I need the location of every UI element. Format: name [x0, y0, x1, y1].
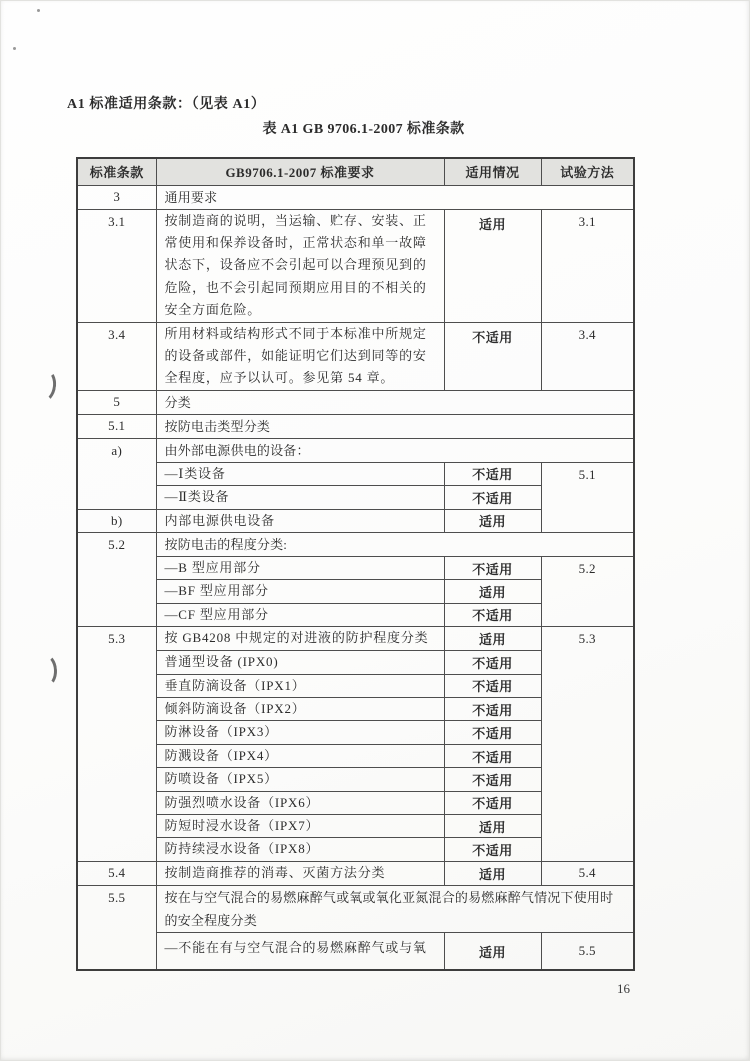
cell-requirement: 普通型设备 (IPX0): [156, 651, 444, 674]
cell-clause: 5.1: [77, 414, 156, 438]
cell-clause: 5.2: [77, 532, 156, 626]
cell-requirement-span: 通用要求: [156, 185, 634, 209]
table-row: 5.5按在与空气混合的易燃麻醉气或氧或氧化亚氮混合的易燃麻醉气情况下使用时 的安…: [77, 885, 634, 932]
cell-requirement-span: 按在与空气混合的易燃麻醉气或氧或氧化亚氮混合的易燃麻醉气情况下使用时 的安全程度…: [156, 885, 634, 932]
table-row: 3.1按制造商的说明，当运输、贮存、安装、正 常使用和保养设备时，正常状态和单一…: [77, 209, 634, 322]
cell-method: 3.1: [541, 209, 634, 322]
cell-status: 不适用: [444, 768, 541, 791]
cell-status: 适用: [444, 627, 541, 651]
column-header-clause: 标准条款: [77, 158, 156, 185]
scan-crescent-mark: [31, 368, 58, 404]
cell-status: 不适用: [444, 791, 541, 814]
cell-requirement: 防喷设备（IPX5）: [156, 768, 444, 791]
cell-method: 5.1: [541, 462, 634, 532]
page-number: 16: [617, 981, 630, 997]
table-row: 3.4所用材料或结构形式不同于本标准中所规定 的设备或部件，如能证明它们达到同等…: [77, 322, 634, 390]
column-header-method: 试验方法: [541, 158, 634, 185]
cell-clause: a): [77, 438, 156, 509]
cell-method: 5.5: [541, 932, 634, 970]
cell-clause: 5.3: [77, 627, 156, 862]
cell-method: 3.4: [541, 322, 634, 390]
table-body: 3通用要求3.1按制造商的说明，当运输、贮存、安装、正 常使用和保养设备时，正常…: [77, 185, 634, 970]
cell-status: 不适用: [444, 651, 541, 674]
cell-requirement: —B 型应用部分: [156, 556, 444, 579]
cell-clause: 3: [77, 185, 156, 209]
cell-status: 适用: [444, 815, 541, 838]
table-row: 5分类: [77, 390, 634, 414]
cell-requirement: 倾斜防滴设备（IPX2）: [156, 698, 444, 721]
standard-clauses-table: 标准条款 GB9706.1-2007 标准要求 适用情况 试验方法 3通用要求3…: [76, 157, 635, 971]
column-header-requirement: GB9706.1-2007 标准要求: [156, 158, 444, 185]
cell-requirement-span: 分类: [156, 390, 634, 414]
section-heading: A1 标准适用条款：（见表 A1）: [67, 93, 265, 113]
table-row: 5.4按制造商推荐的消毒、灭菌方法分类适用5.4: [77, 861, 634, 885]
cell-status: 不适用: [444, 556, 541, 579]
table-row: —B 型应用部分不适用5.2: [77, 556, 634, 579]
cell-status: 不适用: [444, 674, 541, 697]
column-header-status: 适用情况: [444, 158, 541, 185]
cell-clause: 5.5: [77, 885, 156, 970]
cell-requirement: 内部电源供电设备: [156, 509, 444, 532]
cell-requirement: —不能在有与空气混合的易燃麻醉气或与氧: [156, 932, 444, 970]
table-row: —Ⅰ类设备不适用5.1: [77, 462, 634, 485]
cell-requirement: —Ⅱ类设备: [156, 486, 444, 509]
cell-status: 不适用: [444, 462, 541, 485]
scan-crescent-mark: [33, 653, 58, 687]
cell-status: 不适用: [444, 698, 541, 721]
cell-requirement: 按 GB4208 中规定的对进液的防护程度分类: [156, 627, 444, 651]
table-title: 表 A1 GB 9706.1-2007 标准条款: [76, 118, 633, 138]
cell-requirement-span: 按防电击的程度分类:: [156, 532, 634, 556]
cell-clause: 5: [77, 390, 156, 414]
cell-requirement: 按制造商的说明，当运输、贮存、安装、正 常使用和保养设备时，正常状态和单一故障 …: [156, 209, 444, 322]
cell-status: 不适用: [444, 721, 541, 744]
cell-status: 不适用: [444, 744, 541, 767]
table-row: 5.2按防电击的程度分类:: [77, 532, 634, 556]
cell-requirement: 按制造商推荐的消毒、灭菌方法分类: [156, 861, 444, 885]
table-header-row: 标准条款 GB9706.1-2007 标准要求 适用情况 试验方法: [77, 158, 634, 185]
table-row: a)由外部电源供电的设备：: [77, 438, 634, 462]
cell-status: 不适用: [444, 838, 541, 861]
cell-status: 适用: [444, 209, 541, 322]
cell-method: 5.4: [541, 861, 634, 885]
cell-clause: 3.4: [77, 322, 156, 390]
cell-requirement: 防持续浸水设备（IPX8）: [156, 838, 444, 861]
cell-requirement: 垂直防滴设备（IPX1）: [156, 674, 444, 697]
cell-method: 5.2: [541, 556, 634, 626]
table-row: —不能在有与空气混合的易燃麻醉气或与氧适用5.5: [77, 932, 634, 970]
cell-status: 适用: [444, 861, 541, 885]
cell-requirement: —CF 型应用部分: [156, 603, 444, 626]
cell-requirement: —Ⅰ类设备: [156, 462, 444, 485]
table-row: 3通用要求: [77, 185, 634, 209]
cell-status: 不适用: [444, 322, 541, 390]
cell-requirement: 防溅设备（IPX4）: [156, 744, 444, 767]
cell-clause: b): [77, 509, 156, 532]
cell-clause: 5.4: [77, 861, 156, 885]
cell-requirement: —BF 型应用部分: [156, 580, 444, 603]
cell-requirement: 防强烈喷水设备（IPX6）: [156, 791, 444, 814]
cell-status: 适用: [444, 932, 541, 970]
cell-status: 适用: [444, 580, 541, 603]
scanned-page: A1 标准适用条款：（见表 A1） 表 A1 GB 9706.1-2007 标准…: [0, 0, 750, 1061]
cell-requirement: 防短时浸水设备（IPX7）: [156, 815, 444, 838]
cell-method: 5.3: [541, 627, 634, 862]
cell-requirement-span: 按防电击类型分类: [156, 414, 634, 438]
cell-clause: 3.1: [77, 209, 156, 322]
cell-requirement: 所用材料或结构形式不同于本标准中所规定 的设备或部件，如能证明它们达到同等的安 …: [156, 322, 444, 390]
cell-status: 适用: [444, 509, 541, 532]
scan-dot-mark: [13, 47, 16, 50]
cell-status: 不适用: [444, 486, 541, 509]
table-row: 5.1按防电击类型分类: [77, 414, 634, 438]
cell-status: 不适用: [444, 603, 541, 626]
scan-dot-mark: [37, 9, 40, 12]
cell-requirement-span: 由外部电源供电的设备：: [156, 438, 634, 462]
cell-requirement: 防淋设备（IPX3）: [156, 721, 444, 744]
table-row: 5.3按 GB4208 中规定的对进液的防护程度分类适用5.3: [77, 627, 634, 651]
